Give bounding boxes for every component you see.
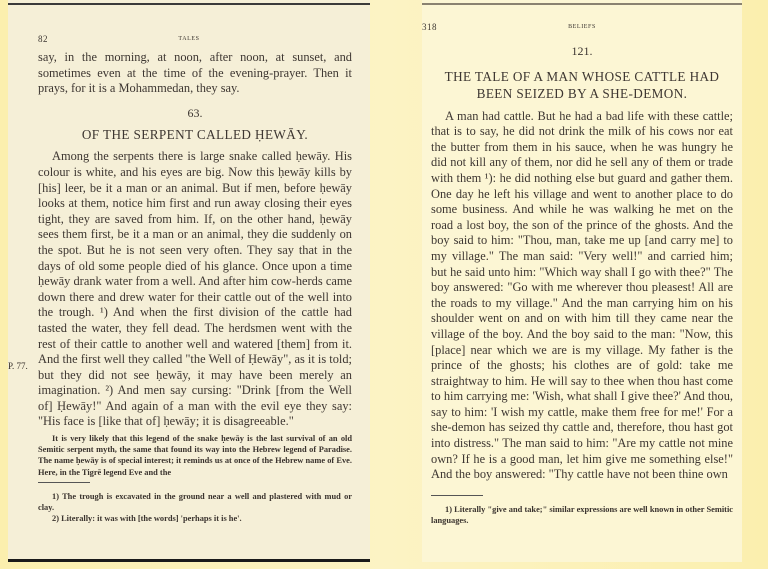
paragraph: Among the serpents there is large snake … [38,149,352,430]
section-number: 63. [38,106,352,122]
section-title: OF THE SERPENT CALLED ḤEWĀY. [38,126,352,143]
section-number: 121. [431,44,733,60]
left-page-body: say, in the morning, at noon, after noon… [38,50,352,524]
margin-reference: P. 77. [8,361,28,371]
right-page: 318 BELIEFS 121. THE TALE OF A MAN WHOSE… [422,0,742,560]
commentary: It is very likely that this legend of th… [38,433,352,478]
footnote-2: 2) Literally: it was with [the words] 'p… [38,513,352,524]
footnote-1: 1) Literally "give and take;" similar ex… [431,504,733,526]
opening-lines: say, in the morning, at noon, after noon… [38,50,352,97]
top-border [8,3,370,5]
top-border [422,3,742,5]
book-spread: 82 TALES say, in the morning, at noon, a… [0,0,768,569]
right-page-body: 121. THE TALE OF A MAN WHOSE CATTLE HAD … [431,44,733,526]
running-head: TALES [8,36,370,42]
footnote-divider [431,495,483,496]
footnote-divider [38,482,90,483]
section-title-line-2: BEEN SEIZED BY A SHE-DEMON. [431,85,733,102]
running-head: BELIEFS [422,24,742,30]
section-title-line-1: THE TALE OF A MAN WHOSE CATTLE HAD [431,68,733,85]
paragraph: A man had cattle. But he had a bad life … [431,109,733,483]
bottom-border [8,559,370,562]
footnote-1: 1) The trough is excavated in the ground… [38,491,352,513]
left-page: 82 TALES say, in the morning, at noon, a… [8,0,370,562]
